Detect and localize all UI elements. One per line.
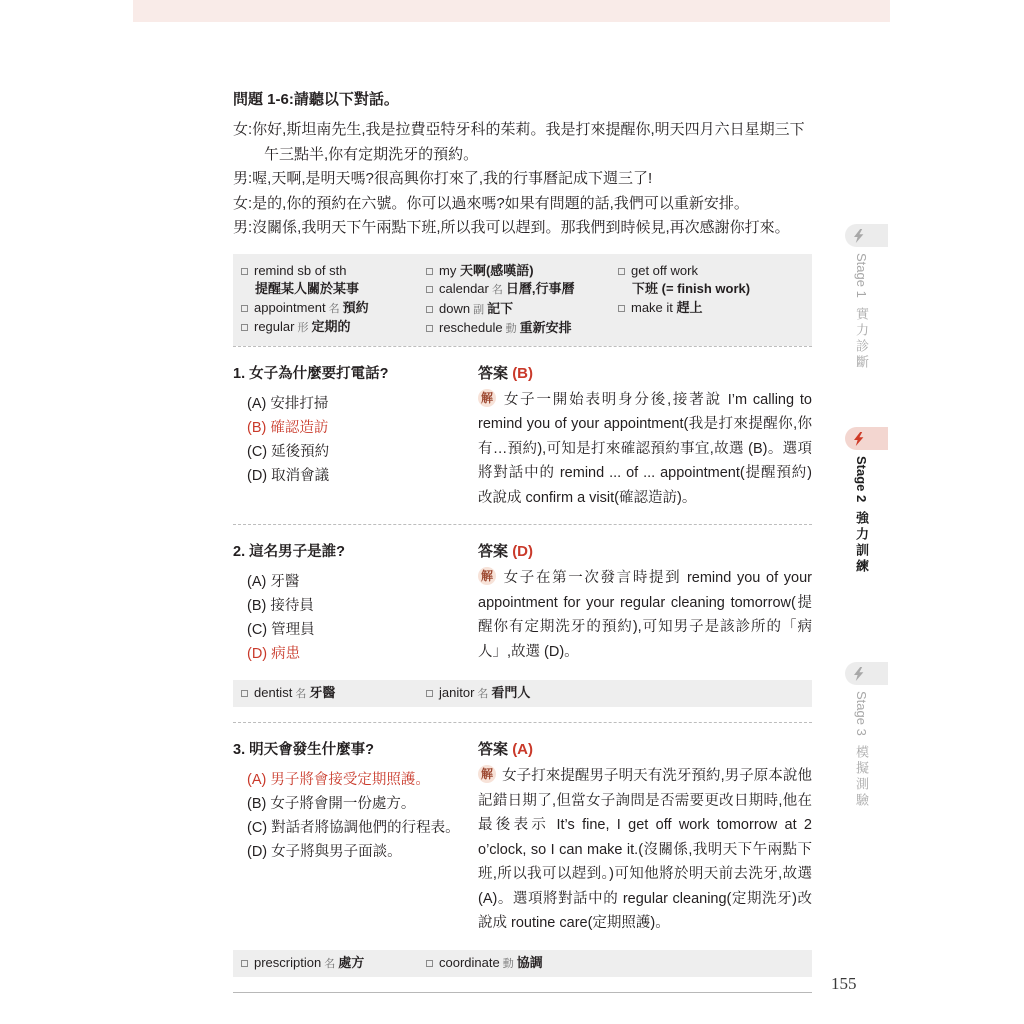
speaker-label: 女:: [233, 195, 252, 212]
book-page: 問題 1-6:請聽以下對話。 女:你好,斯坦南先生,我是拉費亞特牙科的茱莉。我是…: [0, 0, 1024, 1024]
vocab-en: prescription: [254, 955, 321, 970]
vocab-zh: 協調: [517, 955, 543, 970]
dialogue-text: 你好,斯坦南先生,我是拉費亞特牙科的茱莉。我是打來提醒你,明天四月六日星期三下午…: [252, 121, 805, 163]
stage-tab-label: Stage 2強力訓練: [852, 456, 871, 575]
vocab-entry: get off work 下班 (= finish work): [618, 262, 804, 299]
part-of-speech: 名: [295, 688, 306, 700]
vocab-en: janitor: [439, 685, 474, 700]
part-of-speech: 名: [329, 303, 340, 315]
answer-letter: (B): [512, 365, 533, 382]
checkbox-square-icon: [426, 286, 433, 293]
checkbox-square-icon: [241, 960, 248, 967]
vocab-zh: 下班 (= finish work): [618, 280, 804, 299]
option-c: (C) 管理員: [233, 618, 478, 642]
dialogue-line: 女:你好,斯坦南先生,我是拉費亞特牙科的茱莉。我是打來提醒你,明天四月六日星期三…: [233, 118, 812, 167]
part-of-speech: 名: [324, 958, 335, 970]
vocab-entry: regular形定期的: [241, 318, 426, 338]
vocab-zh: 預約: [343, 300, 369, 315]
checkbox-square-icon: [618, 268, 625, 275]
explain-badge: 解: [478, 765, 496, 783]
vocab-entry: my 天啊(感嘆語): [426, 262, 618, 281]
option-d: (D) 取消會議: [233, 464, 478, 488]
vocab-entry: reschedule動重新安排: [426, 319, 618, 339]
vocab-en: make it: [631, 300, 673, 315]
lightning-bolt-icon: [853, 229, 864, 243]
vocab-en: get off work: [631, 263, 698, 278]
vocab-entry: dentist名牙醫: [241, 684, 426, 703]
vocab-zh: 趕上: [677, 300, 703, 315]
option-d-correct: (D) 病患: [233, 642, 478, 666]
vocab-zh: 看門人: [491, 685, 530, 700]
checkbox-square-icon: [241, 324, 248, 331]
vocab-entry: calendar名日曆,行事曆: [426, 280, 618, 300]
vocab-en: my: [439, 263, 456, 278]
question-stem: 1. 女子為什麼要打電話?: [233, 362, 478, 383]
option-a: (A) 安排打掃: [233, 392, 478, 416]
option-b-correct: (B) 確認造訪: [233, 416, 478, 440]
question-block-3: 3. 明天會發生什麼事? (A) 男子將會接受定期照護。 (B) 女子將會開一份…: [233, 722, 812, 993]
answer-heading: 答案 (D): [478, 540, 812, 561]
vocab-zh: 日曆,行事曆: [506, 281, 575, 296]
answer-letter: (A): [512, 741, 533, 758]
lightning-bolt-icon: [853, 667, 864, 681]
explain-badge: 解: [478, 567, 496, 585]
mini-vocab-row: dentist名牙醫 janitor名看門人: [233, 680, 812, 707]
checkbox-square-icon: [426, 268, 433, 275]
vocab-en: appointment: [254, 300, 326, 315]
option-b: (B) 接待員: [233, 594, 478, 618]
vocab-entry: prescription名處方: [241, 954, 426, 973]
vocab-en: coordinate: [439, 955, 500, 970]
question-stem: 3. 明天會發生什麼事?: [233, 738, 478, 759]
vocab-column: get off work 下班 (= finish work) make it …: [618, 262, 804, 339]
option-a-correct: (A) 男子將會接受定期照護。: [233, 768, 478, 792]
question-stem: 2. 這名男子是誰?: [233, 540, 478, 561]
answer-explanation: 解女子打來提醒男子明天有洗牙預約,男子原本說他記錯日期了,但當女子詢問是否需要更…: [478, 764, 812, 936]
vocab-entry: janitor名看門人: [426, 684, 530, 703]
speaker-label: 男:: [233, 170, 252, 187]
speaker-label: 男:: [233, 219, 252, 236]
explain-badge: 解: [478, 389, 496, 407]
tab-stage-1: Stage 1實力診斷: [845, 224, 888, 247]
stage-tab-pill: [845, 662, 888, 685]
dialogue-line: 男:沒關係,我明天下午兩點下班,所以我可以趕到。那我們到時候見,再次感謝你打來。: [233, 216, 812, 241]
vocab-entry: appointment名預約: [241, 299, 426, 319]
part-of-speech: 副: [473, 304, 484, 316]
option-d: (D) 女子將與男子面談。: [233, 840, 478, 864]
vocab-zh: 記下: [487, 301, 513, 316]
stage-tab-pill: [845, 427, 888, 450]
option-b: (B) 女子將會開一份處方。: [233, 792, 478, 816]
checkbox-square-icon: [618, 305, 625, 312]
answer-heading: 答案 (A): [478, 738, 812, 759]
speaker-label: 女:: [233, 121, 252, 138]
checkbox-square-icon: [426, 306, 433, 313]
bottom-divider: [233, 992, 812, 993]
question-block-2: 2. 這名男子是誰? (A) 牙醫 (B) 接待員 (C) 管理員 (D) 病患…: [233, 524, 812, 707]
vocab-en: dentist: [254, 685, 292, 700]
dialogue-text: 喔,天啊,是明天嗎?很高興你打來了,我的行事曆記成下週三了!: [252, 170, 652, 187]
vocab-en: regular: [254, 319, 294, 334]
option-a: (A) 牙醫: [233, 570, 478, 594]
checkbox-square-icon: [426, 325, 433, 332]
vocab-zh: 牙醫: [309, 685, 335, 700]
page-number: 155: [831, 974, 857, 994]
dialogue-text: 是的,你的預約在六號。你可以過來嗎?如果有問題的話,我們可以重新安排。: [252, 195, 749, 212]
tab-stage-2-active: Stage 2強力訓練: [845, 427, 888, 450]
lightning-bolt-icon: [853, 432, 864, 446]
answer-explanation: 解女子一開始表明身分後,接著說 I’m calling to remind yo…: [478, 388, 812, 511]
stage-tab-pill: [845, 224, 888, 247]
option-c: (C) 延後預約: [233, 440, 478, 464]
part-of-speech: 名: [477, 688, 488, 700]
part-of-speech: 動: [506, 323, 517, 335]
header-bar: [133, 0, 890, 22]
checkbox-square-icon: [426, 960, 433, 967]
vocab-entry: down副記下: [426, 300, 618, 320]
answer-explanation: 解女子在第一次發言時提到 remind you of your appointm…: [478, 566, 812, 664]
tab-stage-3: Stage 3模擬測驗: [845, 662, 888, 685]
vocabulary-box: remind sb of sth 提醒某人關於某事 appointment名預約…: [233, 254, 812, 346]
vocab-column: my 天啊(感嘆語) calendar名日曆,行事曆 down副記下 resch…: [426, 262, 618, 339]
part-of-speech: 名: [492, 284, 503, 296]
dialogue-line: 女:是的,你的預約在六號。你可以過來嗎?如果有問題的話,我們可以重新安排。: [233, 192, 812, 217]
stage-tab-label: Stage 1實力診斷: [852, 253, 871, 371]
answer-heading: 答案 (B): [478, 362, 812, 383]
vocab-entry: remind sb of sth 提醒某人關於某事: [241, 262, 426, 299]
vocab-entry: coordinate動協調: [426, 954, 543, 973]
vocab-en: down: [439, 301, 470, 316]
vocab-en: remind sb of sth: [254, 263, 347, 278]
vocab-column: remind sb of sth 提醒某人關於某事 appointment名預約…: [241, 262, 426, 339]
mini-vocab-row: prescription名處方 coordinate動協調: [233, 950, 812, 977]
checkbox-square-icon: [241, 305, 248, 312]
vocab-zh: 提醒某人關於某事: [241, 280, 426, 299]
dialogue-text: 沒關係,我明天下午兩點下班,所以我可以趕到。那我們到時候見,再次感謝你打來。: [252, 219, 790, 236]
part-of-speech: 形: [297, 322, 308, 334]
answer-letter: (D): [512, 543, 533, 560]
question-block-1: 1. 女子為什麼要打電話? (A) 安排打掃 (B) 確認造訪 (C) 延後預約…: [233, 346, 812, 525]
vocab-zh: 天啊(感嘆語): [460, 263, 534, 278]
vocab-zh: 處方: [338, 955, 364, 970]
vocab-entry: make it 趕上: [618, 299, 804, 318]
checkbox-square-icon: [241, 268, 248, 275]
stage-tab-label: Stage 3模擬測驗: [852, 691, 871, 809]
dialogue-line: 男:喔,天啊,是明天嗎?很高興你打來了,我的行事曆記成下週三了!: [233, 167, 812, 192]
part-of-speech: 動: [503, 958, 514, 970]
checkbox-square-icon: [241, 690, 248, 697]
vocab-zh: 定期的: [311, 319, 350, 334]
vocab-en: reschedule: [439, 320, 503, 335]
checkbox-square-icon: [426, 690, 433, 697]
transcript-title: 問題 1-6:請聽以下對話。: [233, 88, 812, 109]
page-content: 問題 1-6:請聽以下對話。 女:你好,斯坦南先生,我是拉費亞特牙科的茱莉。我是…: [233, 88, 812, 993]
vocab-zh: 重新安排: [520, 320, 572, 335]
option-c: (C) 對話者將協調他們的行程表。: [233, 816, 478, 840]
vocab-en: calendar: [439, 281, 489, 296]
